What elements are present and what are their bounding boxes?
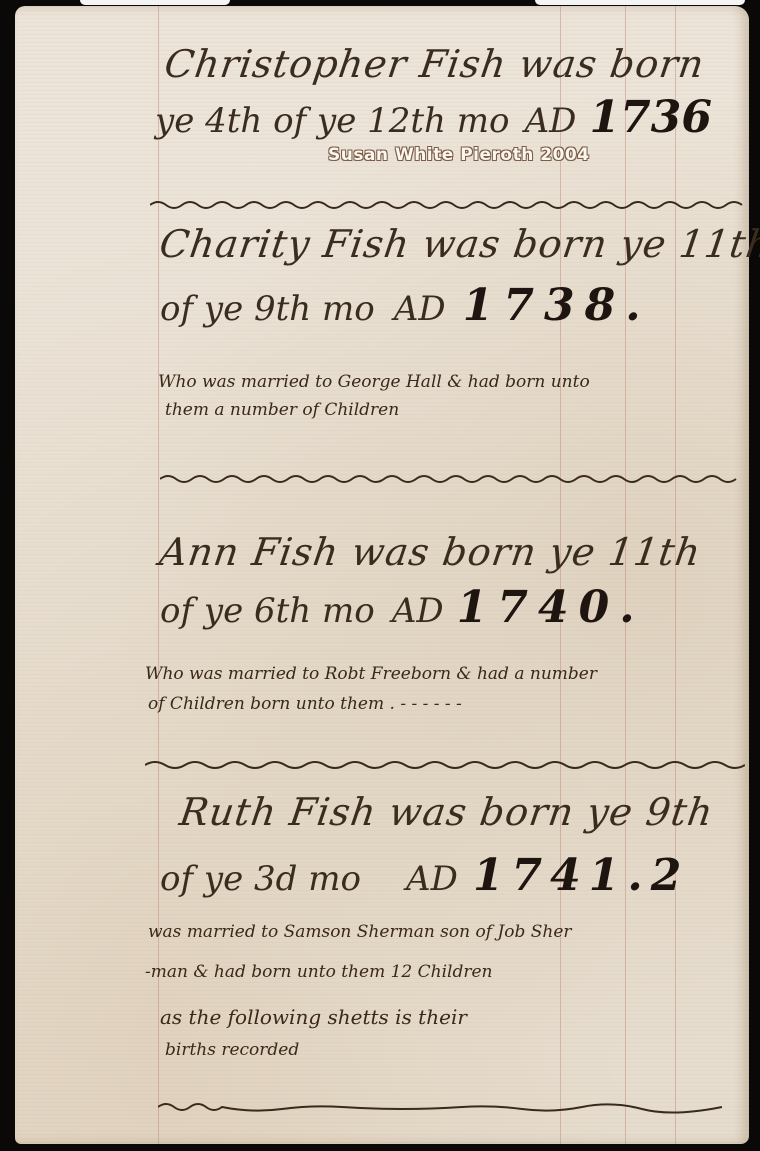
scanner-edge-left xyxy=(80,0,230,5)
column-rule-1 xyxy=(560,6,561,1144)
watermark: Susan White Pieroth 2004 xyxy=(328,145,590,165)
entry-2-ad: AD xyxy=(394,289,446,329)
entry-2-line-2: of ye 9th mo AD 1738. xyxy=(160,280,651,331)
entry-3-line-1: Ann Fish was born ye 11th xyxy=(157,530,704,574)
entry-4-date-prefix: of ye 3d mo xyxy=(160,859,361,899)
entry-4-note-line-3: as the following shetts is their xyxy=(160,1005,467,1029)
entry-1-date-prefix: ye 4th of ye 12th mo xyxy=(155,101,509,141)
scanner-edge-right xyxy=(535,0,745,5)
entry-1-year: 1736 xyxy=(590,92,712,143)
entry-1-ad: AD xyxy=(525,101,577,141)
entry-2-date-prefix: of ye 9th mo xyxy=(160,289,375,329)
entry-3-ad: AD xyxy=(392,591,444,631)
entry-3-line-2: of ye 6th mo AD 1740. xyxy=(160,582,645,633)
entry-2-note-line-1: Who was married to George Hall & had bor… xyxy=(158,372,590,392)
divider-3 xyxy=(145,758,745,772)
entry-4-line-2: of ye 3d mo AD 1741.2 xyxy=(160,850,689,901)
entry-2-note-line-2: them a number of Children xyxy=(165,400,399,420)
divider-1 xyxy=(150,198,745,212)
entry-3-note-line-1: Who was married to Robt Freeborn & had a… xyxy=(145,664,597,684)
entry-2-line-1: Charity Fish was born ye 11th xyxy=(157,222,760,266)
entry-1-line-2: ye 4th of ye 12th mo AD 1736 xyxy=(155,92,712,143)
entry-2-year: 1738. xyxy=(463,280,651,331)
entry-1-line-1: Christopher Fish was born xyxy=(162,42,707,86)
entry-4-note-line-1: was married to Samson Sherman son of Job… xyxy=(148,922,572,942)
entry-4-line-1: Ruth Fish was born ye 9th xyxy=(177,790,716,834)
divider-4 xyxy=(158,1100,748,1114)
entry-4-note-line-4: births recorded xyxy=(165,1040,299,1060)
entry-3-note-line-2: of Children born unto them . - - - - - - xyxy=(148,694,462,714)
entry-4-note-line-2: -man & had born unto them 12 Children xyxy=(145,962,492,982)
entry-3-year: 1740. xyxy=(457,582,645,633)
column-rule-3 xyxy=(675,6,676,1144)
column-rule-2 xyxy=(625,6,626,1144)
divider-2 xyxy=(160,472,745,486)
entry-3-date-prefix: of ye 6th mo xyxy=(160,591,375,631)
entry-4-ad: AD xyxy=(406,859,458,899)
entry-4-year: 1741.2 xyxy=(473,850,689,901)
